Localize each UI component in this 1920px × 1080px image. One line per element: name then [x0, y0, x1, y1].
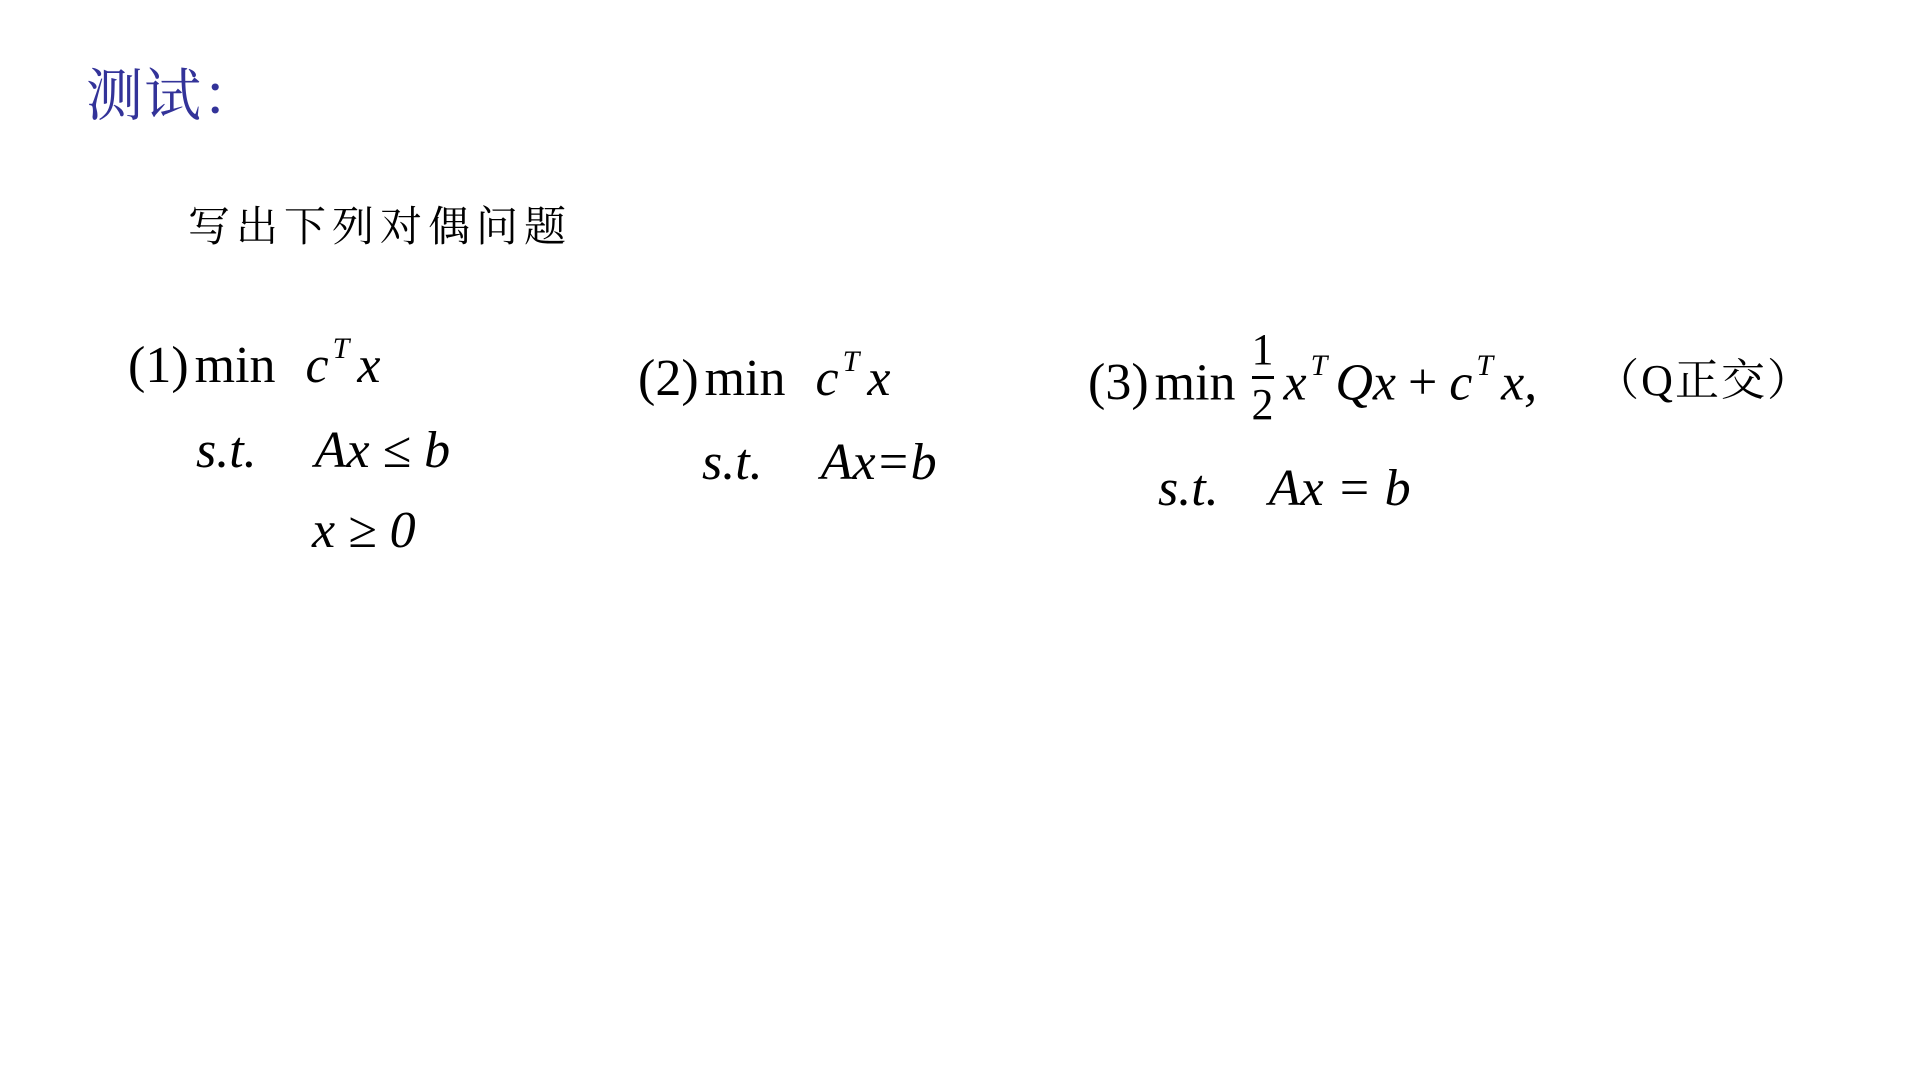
problem-1-constraint-expression-2: x ≥ 0	[312, 502, 416, 559]
problem-2-min-operator: min	[705, 350, 786, 407]
problem-3-label: (3)	[1088, 354, 1149, 411]
note-q-orthogonal: （Q正交）	[1595, 356, 1813, 405]
problem-2-objective-variable: x	[867, 350, 890, 407]
problem-3-term2-base: c	[1449, 354, 1472, 411]
problem-3-term1-rest: Qx	[1335, 354, 1396, 411]
problem-2-objective-line: (2)mincTx	[638, 348, 890, 410]
problem-3-constraint-line-1: s.t.Ax = b	[1158, 458, 1411, 520]
problem-2-label: (2)	[638, 350, 699, 407]
fraction-denominator: 2	[1252, 383, 1274, 427]
problem-2-constraint-expression-1: Ax=b	[821, 434, 937, 491]
fraction-one-half: 12	[1252, 328, 1274, 427]
problem-3-st-label: s.t.	[1158, 460, 1219, 517]
problem-2-transpose-superscript: T	[843, 344, 860, 380]
problem-3-objective-line: (3)min12xTQx+cTx,（Q正交）	[1088, 338, 1813, 437]
problem-1-constraint-line-2: x ≥ 0	[312, 500, 416, 562]
slide: 测试： 写出下列对偶问题 (1)mincTx s.t.Ax ≤ b x ≥ 0 …	[0, 0, 1920, 1080]
problem-1-constraint-expression-1: Ax ≤ b	[315, 422, 450, 479]
problem-1-constraint-line-1: s.t.Ax ≤ b	[196, 420, 450, 482]
slide-subtitle: 写出下列对偶问题	[188, 194, 572, 254]
problem-1-label: (1)	[128, 337, 189, 394]
problem-2-constraint-line-1: s.t.Ax=b	[702, 432, 937, 494]
slide-title: 测试：	[86, 66, 260, 129]
problem-3-constraint-expression-1: Ax = b	[1269, 460, 1411, 517]
problem-1-min-operator: min	[195, 337, 276, 394]
problem-3-term2-transpose-superscript: T	[1476, 348, 1493, 384]
fraction-bar	[1252, 376, 1274, 379]
problem-3-term1-base: x	[1284, 354, 1307, 411]
problem-1-objective-variable: x	[357, 337, 380, 394]
problem-2-objective-coefficient: c	[816, 350, 839, 407]
problem-1-objective-line: (1)mincTx	[128, 335, 380, 397]
problem-1-transpose-superscript: T	[333, 331, 350, 367]
problem-3-term1-transpose-superscript: T	[1311, 348, 1328, 384]
plus-operator: +	[1408, 354, 1437, 411]
problem-1-objective-coefficient: c	[306, 337, 329, 394]
problem-3-min-operator: min	[1155, 354, 1236, 411]
fraction-numerator: 1	[1252, 328, 1274, 372]
problem-3-term2-rest: x,	[1501, 354, 1537, 411]
problem-2-st-label: s.t.	[702, 434, 763, 491]
problem-1-st-label: s.t.	[196, 422, 257, 479]
